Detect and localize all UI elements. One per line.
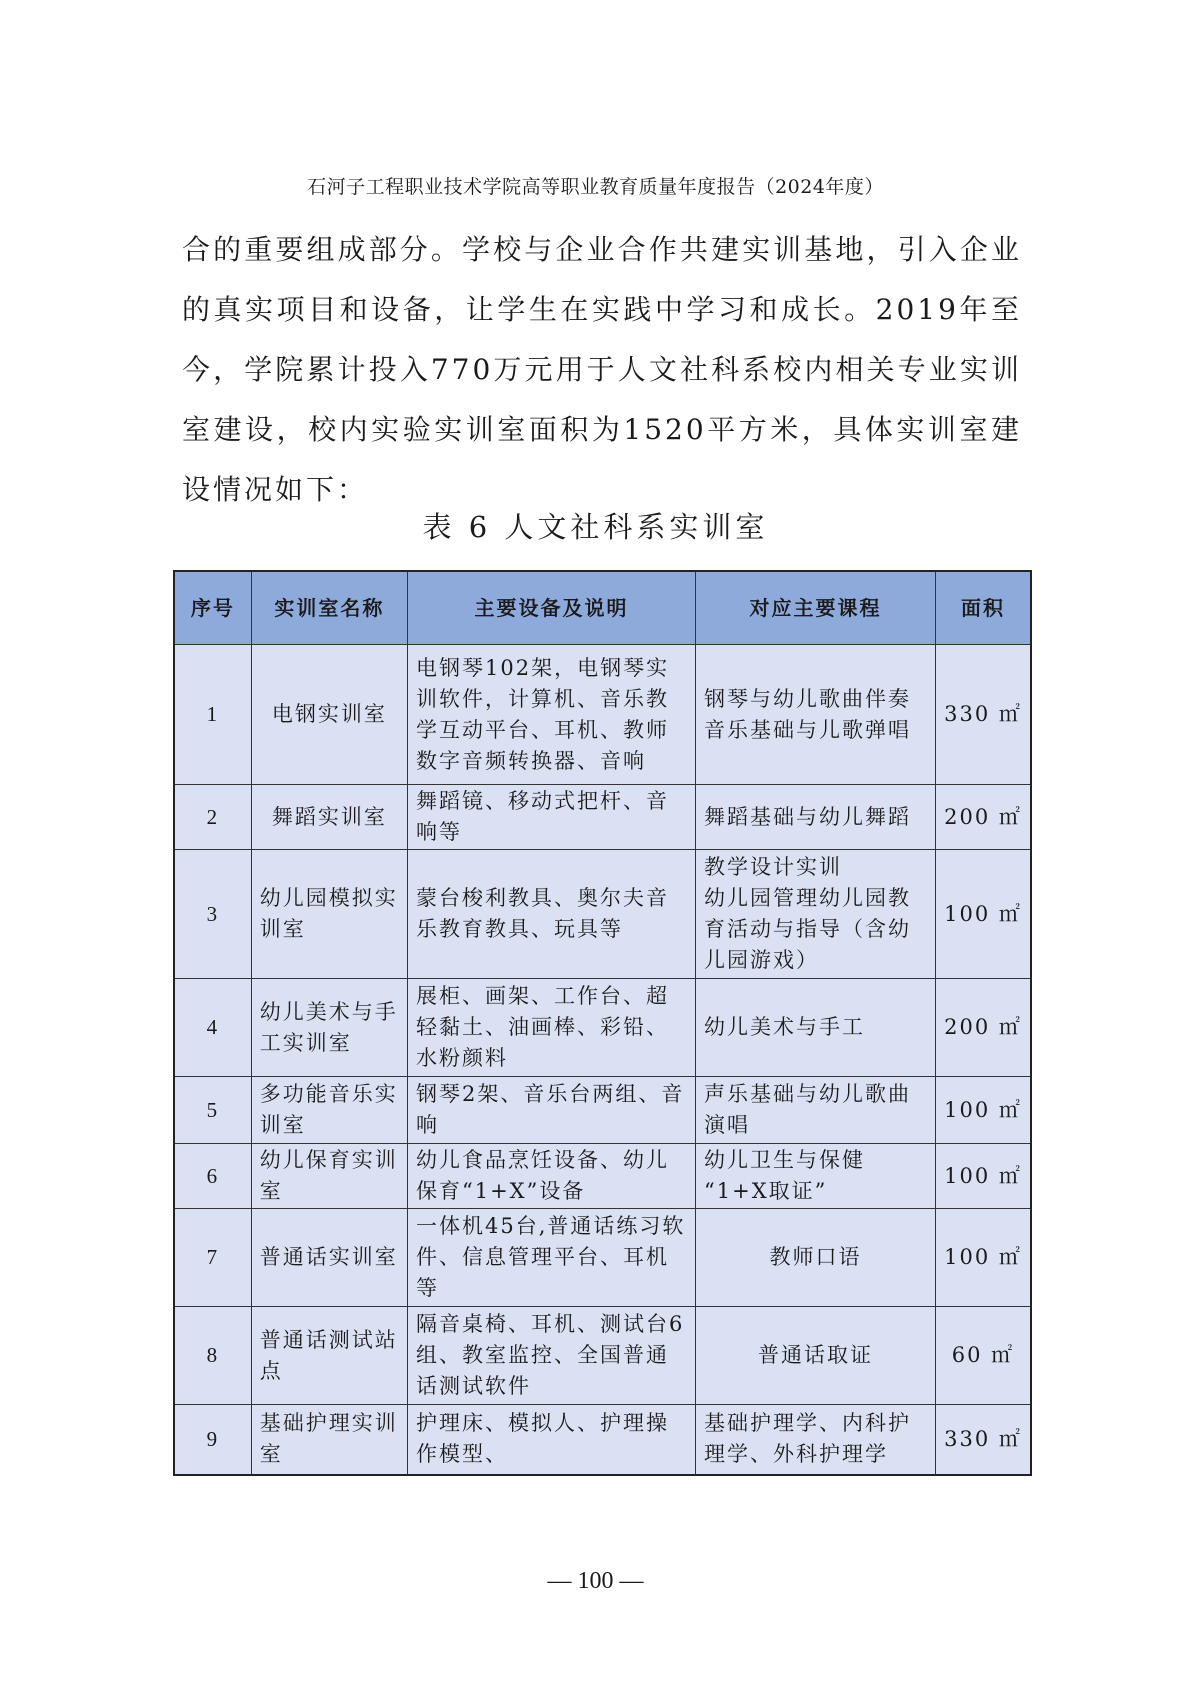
- cell-course: 教师口语: [696, 1209, 936, 1307]
- cell-area: 330 ㎡: [935, 645, 1031, 785]
- table-row: 5 多功能音乐实训室 钢琴2架、音乐台两组、音响 声乐基础与幼儿歌曲演唱 100…: [174, 1077, 1031, 1144]
- cell-room-name: 多功能音乐实训室: [251, 1077, 407, 1144]
- cell-area: 60 ㎡: [935, 1307, 1031, 1405]
- cell-course: 幼儿美术与手工: [696, 979, 936, 1077]
- table-row: 8 普通话测试站点 隔音桌椅、耳机、测试台6组、教室监控、全国普通话测试软件 普…: [174, 1307, 1031, 1405]
- cell-number: 2: [174, 785, 251, 850]
- cell-number: 4: [174, 979, 251, 1077]
- cell-equipment: 蒙台梭利教具、奥尔夫音乐教育教具、玩具等: [407, 850, 695, 979]
- cell-area: 100 ㎡: [935, 850, 1031, 979]
- cell-room-name: 舞蹈实训室: [251, 785, 407, 850]
- cell-area: 200 ㎡: [935, 979, 1031, 1077]
- cell-room-name: 普通话实训室: [251, 1209, 407, 1307]
- cell-area: 330 ㎡: [935, 1405, 1031, 1475]
- table-row: 1 电钢实训室 电钢琴102架，电钢琴实训软件，计算机、音乐教学互动平台、耳机、…: [174, 645, 1031, 785]
- cell-course: 钢琴与幼儿歌曲伴奏 音乐基础与儿歌弹唱: [696, 645, 936, 785]
- cell-course: 声乐基础与幼儿歌曲演唱: [696, 1077, 936, 1144]
- cell-equipment: 钢琴2架、音乐台两组、音响: [407, 1077, 695, 1144]
- column-header-room-name: 实训室名称: [251, 571, 407, 645]
- column-header-number: 序号: [174, 571, 251, 645]
- cell-room-name: 幼儿保育实训室: [251, 1144, 407, 1209]
- table-row: 4 幼儿美术与手工实训室 展柜、画架、工作台、超轻黏土、油画棒、彩铅、水粉颜料 …: [174, 979, 1031, 1077]
- cell-number: 9: [174, 1405, 251, 1475]
- cell-area: 200 ㎡: [935, 785, 1031, 850]
- cell-equipment: 舞蹈镜、移动式把杆、音响等: [407, 785, 695, 850]
- cell-area: 100 ㎡: [935, 1144, 1031, 1209]
- cell-room-name: 普通话测试站点: [251, 1307, 407, 1405]
- cell-number: 1: [174, 645, 251, 785]
- cell-course: 幼儿卫生与保健 “1+X取证”: [696, 1144, 936, 1209]
- table-row: 3 幼儿园模拟实训室 蒙台梭利教具、奥尔夫音乐教育教具、玩具等 教学设计实训 幼…: [174, 850, 1031, 979]
- cell-equipment: 隔音桌椅、耳机、测试台6组、教室监控、全国普通话测试软件: [407, 1307, 695, 1405]
- cell-room-name: 基础护理实训室: [251, 1405, 407, 1475]
- cell-room-name: 幼儿园模拟实训室: [251, 850, 407, 979]
- cell-room-name: 电钢实训室: [251, 645, 407, 785]
- training-rooms-table: 序号 实训室名称 主要设备及说明 对应主要课程 面积 1 电钢实训室 电钢琴10…: [173, 570, 1032, 1476]
- table-row: 6 幼儿保育实训室 幼儿食品烹饪设备、幼儿保育“1+X”设备 幼儿卫生与保健 “…: [174, 1144, 1031, 1209]
- body-paragraph: 合的重要组成部分。学校与企业合作共建实训基地，引入企业的真实项目和设备，让学生在…: [182, 220, 1022, 520]
- column-header-equipment: 主要设备及说明: [407, 571, 695, 645]
- cell-area: 100 ㎡: [935, 1077, 1031, 1144]
- running-header: 石河子工程职业技术学院高等职业教育质量年度报告（2024年度）: [0, 172, 1191, 199]
- page-number: — 100 —: [0, 1568, 1191, 1595]
- cell-number: 8: [174, 1307, 251, 1405]
- cell-equipment: 幼儿食品烹饪设备、幼儿保育“1+X”设备: [407, 1144, 695, 1209]
- cell-course: 教学设计实训 幼儿园管理幼儿园教育活动与指导（含幼儿园游戏）: [696, 850, 936, 979]
- table-row: 9 基础护理实训室 护理床、模拟人、护理操作模型、 基础护理学、内科护理学、外科…: [174, 1405, 1031, 1475]
- cell-course: 普通话取证: [696, 1307, 936, 1405]
- cell-number: 7: [174, 1209, 251, 1307]
- cell-number: 3: [174, 850, 251, 979]
- cell-room-name: 幼儿美术与手工实训室: [251, 979, 407, 1077]
- cell-equipment: 展柜、画架、工作台、超轻黏土、油画棒、彩铅、水粉颜料: [407, 979, 695, 1077]
- cell-area: 100 ㎡: [935, 1209, 1031, 1307]
- table-row: 2 舞蹈实训室 舞蹈镜、移动式把杆、音响等 舞蹈基础与幼儿舞蹈 200 ㎡: [174, 785, 1031, 850]
- table-caption: 表 6 人文社科系实训室: [0, 505, 1191, 546]
- column-header-course: 对应主要课程: [696, 571, 936, 645]
- cell-course: 舞蹈基础与幼儿舞蹈: [696, 785, 936, 850]
- cell-number: 5: [174, 1077, 251, 1144]
- cell-number: 6: [174, 1144, 251, 1209]
- cell-equipment: 一体机45台,普通话练习软件、信息管理平台、耳机等: [407, 1209, 695, 1307]
- paragraph-text: 合的重要组成部分。学校与企业合作共建实训基地，引入企业的真实项目和设备，让学生在…: [182, 220, 1022, 520]
- cell-equipment: 护理床、模拟人、护理操作模型、: [407, 1405, 695, 1475]
- table-header-row: 序号 实训室名称 主要设备及说明 对应主要课程 面积: [174, 571, 1031, 645]
- column-header-area: 面积: [935, 571, 1031, 645]
- table-row: 7 普通话实训室 一体机45台,普通话练习软件、信息管理平台、耳机等 教师口语 …: [174, 1209, 1031, 1307]
- cell-course: 基础护理学、内科护理学、外科护理学: [696, 1405, 936, 1475]
- cell-equipment: 电钢琴102架，电钢琴实训软件，计算机、音乐教学互动平台、耳机、教师数字音频转换…: [407, 645, 695, 785]
